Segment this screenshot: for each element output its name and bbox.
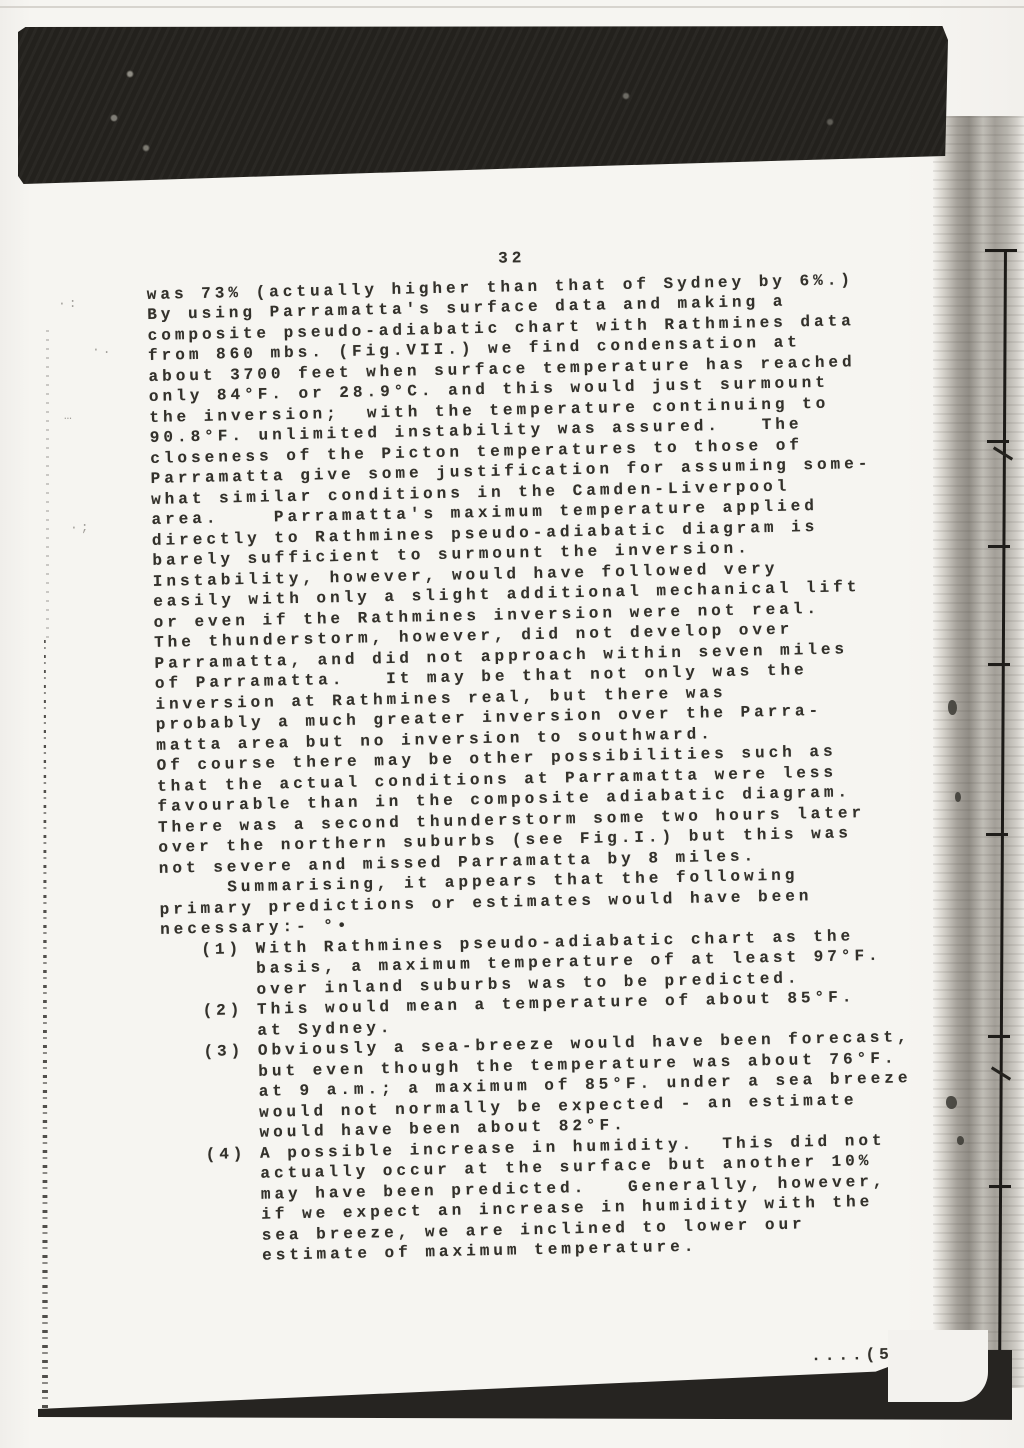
binding-tick [988,663,1010,666]
ink-blot [946,1096,957,1109]
list-item-4: (4) A possible increase in humidity. Thi… [165,1129,947,1268]
scan-top-band [18,26,948,186]
left-page-edge-marks-faint [46,330,49,640]
scan-noise: ·. [92,342,114,357]
ink-blot [955,792,961,802]
book-binding-edge [933,116,1024,1388]
left-page-edge-marks [42,640,48,1412]
page-bottom-right-corner [888,1330,988,1402]
scanned-page: ·: ·. … ·; 32 was 73% (actually higher t… [0,0,1024,1448]
scan-top-edge-line [0,6,1024,8]
ink-blot [948,700,957,715]
ink-blot [957,1136,964,1145]
binding-tick [989,1185,1011,1188]
binding-tick [987,440,1009,443]
binding-tick [988,1035,1010,1038]
typed-paragraph-1: was 73% (actually higher than that of Sy… [147,268,939,879]
scan-noise: … [64,408,75,423]
binding-rule-top-tick [985,249,1017,252]
scan-noise: ·; [70,520,92,535]
typed-text-column: 32 was 73% (actually higher than that of… [146,240,947,1269]
scan-noise: ·: [58,296,80,311]
list-item-3: (3) Obviously a sea-breeze would have be… [162,1026,944,1145]
binding-tick [988,545,1010,548]
binding-tick [986,833,1008,836]
